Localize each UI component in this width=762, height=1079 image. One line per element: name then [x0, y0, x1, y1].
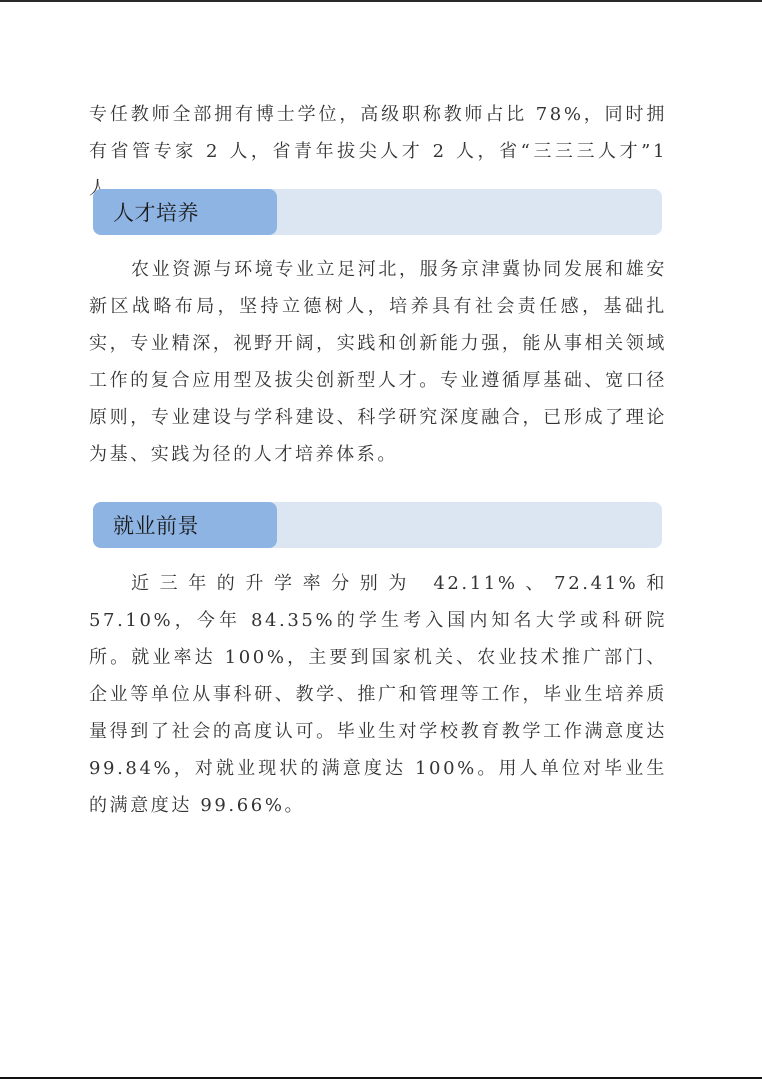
employment-paragraph: 近三年的升学率分别为 42.11%、72.41%和 57.10%，今年 84.3… — [89, 565, 667, 824]
section-tab: 就业前景 — [93, 502, 277, 548]
section-header-talent-training: 人才培养 — [93, 189, 662, 235]
section-tab: 人才培养 — [93, 189, 277, 235]
talent-training-paragraph: 农业资源与环境专业立足河北，服务京津冀协同发展和雄安新区战略布局，坚持立德树人，… — [89, 251, 667, 473]
section-title: 人才培养 — [113, 197, 199, 227]
section-header-employment-prospects: 就业前景 — [93, 502, 662, 548]
section-title: 就业前景 — [113, 510, 199, 540]
page-top-rule — [0, 0, 762, 2]
